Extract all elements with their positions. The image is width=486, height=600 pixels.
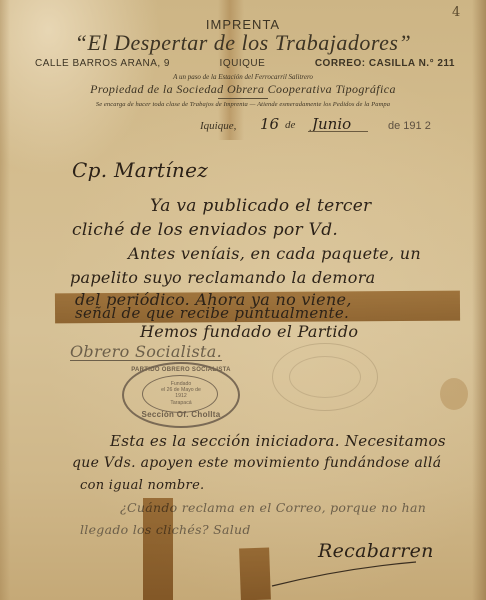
letter-line: Antes veníais, en cada paquete, un — [128, 244, 421, 263]
stamp-inner-ring — [289, 356, 361, 398]
signature-flourish — [270, 560, 420, 590]
dateline-de: de — [285, 119, 295, 131]
letter-line: papelito suyo reclamando la demora — [70, 268, 376, 287]
letterhead-address-line: CALLE BARROS ARANA, 9 IQUIQUE CORREO: CA… — [35, 58, 455, 69]
letterhead-owner: Propiedad de la Sociedad Obrera Cooperat… — [0, 82, 486, 97]
adhesive-tape-strip — [239, 547, 271, 600]
signature: Recabarren — [318, 540, 434, 562]
scanned-letter-page: 4 IMPRENTA “El Despertar de los Trabajad… — [0, 0, 486, 600]
letter-line: con igual nombre. — [80, 478, 205, 493]
dateline-underline — [308, 131, 368, 132]
letterhead-divider — [218, 98, 268, 99]
paper-stain — [440, 378, 468, 410]
dateline-year-prefix: de 191 — [388, 120, 422, 132]
letterhead-city: IQUIQUE — [220, 58, 266, 69]
stamp-top-text: PARTIDO OBRERO SOCIALISTA — [124, 367, 238, 373]
letter-line: Hemos fundado el Partido — [140, 322, 358, 341]
dateline-day: 16 — [260, 115, 279, 133]
letter-line: señal de que recibe puntualmente. — [75, 304, 349, 322]
letter-line: que Vds. apoyen este movimiento fundándo… — [72, 455, 441, 471]
party-seal-stamp: PARTIDO OBRERO SOCIALISTA Fundado el 26 … — [122, 362, 240, 428]
dateline-year: de 191 2 — [388, 120, 431, 132]
adhesive-tape-strip — [143, 498, 173, 600]
letterhead-services: Se encarga de hacer toda clase de Trabaj… — [0, 101, 486, 108]
letterhead-mailbox: CORREO: CASILLA N.° 211 — [315, 58, 455, 69]
letterhead-street: CALLE BARROS ARANA, 9 — [35, 58, 170, 69]
dateline-city: Iquique, — [200, 120, 236, 132]
letterhead-title: “El Despertar de los Trabajadores” — [0, 30, 486, 56]
stamp-center-text: Fundado el 26 de Mayo de 1912 Tarapacá — [124, 381, 238, 406]
letter-line: cliché de los enviados por Vd. — [72, 220, 338, 240]
letter-line-underlined: Obrero Socialista. — [70, 342, 222, 361]
dateline-year-suffix: 2 — [425, 120, 431, 132]
dateline: Iquique, 16 de Junio de 191 2 — [200, 116, 470, 138]
stamp-bottom-text: Sección Of. Chollta — [124, 410, 238, 419]
stamp-center-line: Tarapacá — [124, 400, 238, 406]
faded-stamp-impression — [272, 343, 378, 411]
letterhead-landmark: A un paso de la Estación del Ferrocarril… — [0, 73, 486, 81]
letter-line: Ya va publicado el tercer — [150, 196, 371, 216]
letter-salutation: Cp. Martínez — [72, 158, 208, 182]
letter-line: Esta es la sección iniciadora. Necesitam… — [110, 432, 446, 450]
